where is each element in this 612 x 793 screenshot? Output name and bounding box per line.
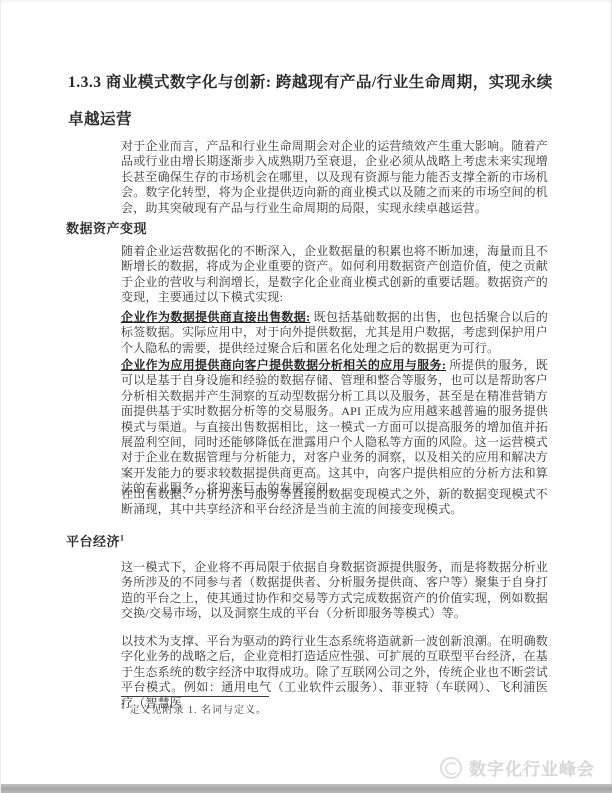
document-page: 1.3.3 商业模式数字化与创新: 跨越现有产品/行业生命周期，实现永续卓越运营… (0, 0, 612, 793)
footnote-body: 定义见附录 1. 名词与定义。 (130, 705, 268, 716)
mode-2-lead: 企业作为应用提供商向客户提供数据分析相关的应用与服务: (121, 358, 446, 372)
footnote-text: 1 定义见附录 1. 名词与定义。 (121, 701, 521, 716)
footnote-divider (121, 696, 269, 697)
footnote-ref-marker: 1 (121, 702, 126, 711)
page-bottom-edge (1, 784, 612, 793)
data-assets-paragraph-1: 随着企业运营数据化的不断深入，企业数据量的积累也将不断加速，海量而且不断增长的数… (121, 244, 548, 306)
page-title: 1.3.3 商业模式数字化与创新: 跨越现有产品/行业生命周期，实现永续卓越运营 (68, 64, 568, 138)
mode-2-body: 所提供的服务，既可以是基于自身设施和经验的数据存储、管理和整合等服务，也可以是帮… (121, 358, 548, 495)
section-heading-platform-economy: 平台经济1 (66, 531, 125, 550)
data-assets-paragraph-2: 在出售数据、分析方法与服务等直接的数据变现模式之外，新的数据变现模式不断涌现，其… (121, 487, 548, 518)
platform-economy-label: 平台经济 (66, 534, 120, 549)
summit-logo-text: 数字化行业峰会 (469, 755, 595, 780)
intro-paragraph: 对于企业而言，产品和行业生命周期会对企业的运营绩效产生重大影响。随着产品或行业由… (121, 139, 548, 216)
platform-economy-paragraph-1: 这一模式下，企业将不再局限于依据自身数据资源提供服务，而是将数据分析业务所涉及的… (121, 560, 548, 622)
data-assets-mode-2: 企业作为应用提供商向客户提供数据分析相关的应用与服务: 所提供的服务，既可以是基… (121, 358, 548, 497)
data-assets-mode-1: 企业作为数据提供商直接出售数据: 既包括基础数据的出售，也包括聚合以后的标签数据… (121, 310, 548, 356)
section-heading-data-assets: 数据资产变现 (66, 218, 147, 237)
footnote-marker: 1 (120, 534, 125, 543)
summit-logo-icon (440, 757, 462, 779)
footer-logo: 数字化行业峰会 (440, 755, 595, 780)
platform-economy-paragraph-2: 以技术为支撑、平台为驱动的跨行业生态系统将造就新一波创新浪潮。在明确数字化业务的… (121, 634, 548, 711)
mode-1-lead: 企业作为数据提供商直接出售数据: (121, 310, 310, 324)
